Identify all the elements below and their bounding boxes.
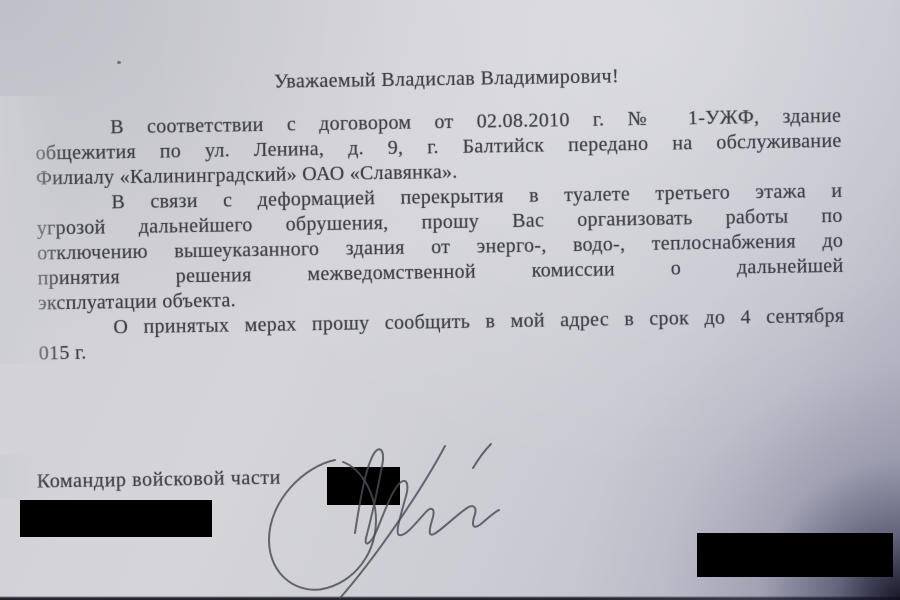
salutation: Уважаемый Владислав Владимирович!: [0, 61, 897, 98]
redaction-box-name: [20, 500, 212, 537]
handwritten-signature-icon: [235, 438, 515, 600]
document-photo: Уважаемый Владислав Владимирович! В соот…: [0, 0, 900, 600]
redaction-box-bottom-right: [697, 533, 893, 577]
letter-body: В соответствии с договором от 02.08.2010…: [35, 104, 845, 367]
paper-speck: [117, 61, 121, 64]
